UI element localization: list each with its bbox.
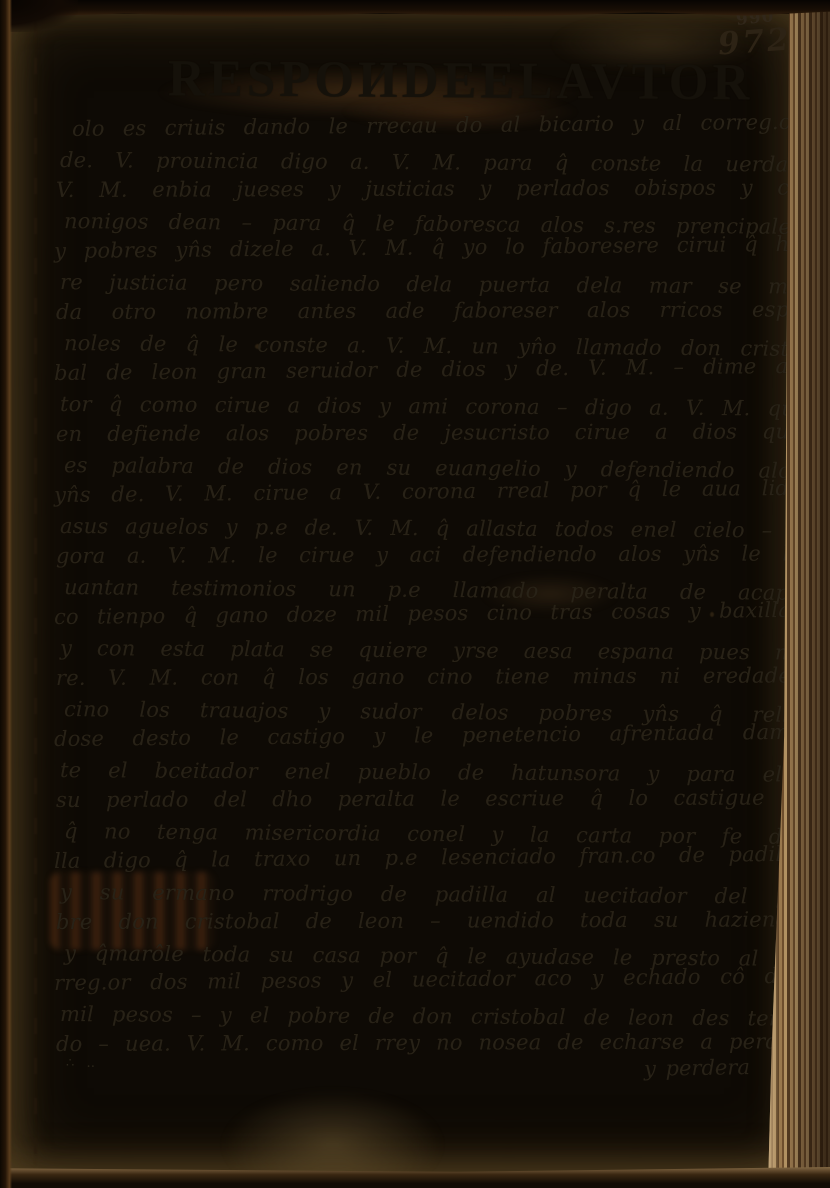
manuscript-line: y pobres yn̂s dizele a. V. M. q̂ yo lo f… bbox=[54, 229, 802, 267]
manuscript-line: dose desto le castigo y le penetencio af… bbox=[54, 717, 802, 755]
page-title: RESPOИDEELAVTOR bbox=[168, 49, 754, 112]
manuscript-line: bre don cristobal de leon – uendido toda… bbox=[54, 904, 802, 937]
manuscript-line: re. V. M. con q̂ los gano cino tiene min… bbox=[54, 660, 802, 693]
manuscript-line: olo es criuis dando le rrecau do al bica… bbox=[54, 107, 802, 145]
book-gutter-left bbox=[0, 0, 12, 1188]
manuscript-text: olo es criuis dando le rrecau do al bica… bbox=[54, 114, 802, 1060]
manuscript-line: da otro nombre antes ade faboreser alos … bbox=[54, 294, 802, 327]
manuscript-line: rreg.or dos mil pesos y el uecitador aco… bbox=[54, 961, 802, 999]
manuscript-line: bal de leon gran seruidor de dios y de. … bbox=[54, 351, 802, 389]
manuscript-line: co tienpo q̂ gano doze mil pesos cino tr… bbox=[54, 595, 802, 633]
pen-trial-marks: ∴ ‥ bbox=[66, 1056, 99, 1071]
manuscript-line: V. M. enbia jueses y justicias y perlado… bbox=[54, 172, 802, 205]
manuscript-line: su perlado del dho peralta le escriue q̂… bbox=[54, 782, 802, 815]
paper-stain bbox=[225, 1092, 440, 1180]
manuscript-line: lla digo q̂ la traxo un p.e lesenciado f… bbox=[54, 839, 802, 877]
manuscript-line: gora a. V. M. le cirue y aci defendiendo… bbox=[54, 538, 802, 571]
binding-stitch-line bbox=[34, 18, 37, 1166]
manuscript-line: yn̂s de. V. M. cirue a V. corona rreal p… bbox=[54, 473, 802, 511]
catchword: y perdera bbox=[644, 1055, 750, 1081]
manuscript-line: en defiende alos pobres de jesucristo ci… bbox=[54, 416, 802, 449]
book-photo: 990 972 RESPOИDEELAVTOR olo es criuis da… bbox=[0, 0, 830, 1188]
manuscript-line: do – uea. V. M. como el rrey no nosea de… bbox=[54, 1026, 802, 1059]
manuscript-page: 990 972 RESPOИDEELAVTOR olo es criuis da… bbox=[10, 14, 808, 1172]
